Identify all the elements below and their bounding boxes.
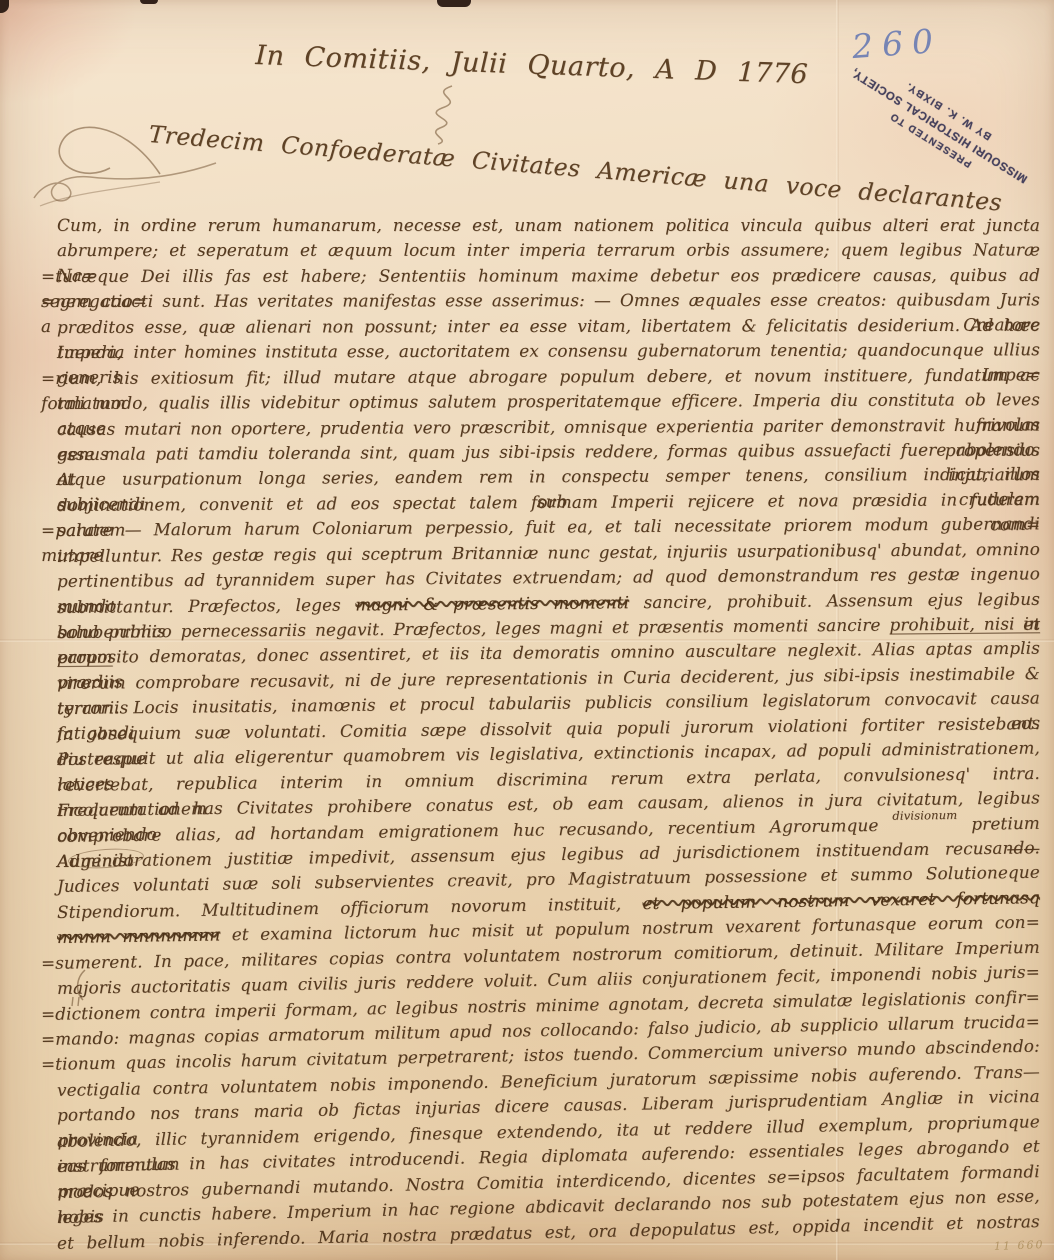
stamp-line: MISSOURI HISTORICAL SOCIETY, <box>836 56 1044 195</box>
torn-edge-chip <box>140 0 158 4</box>
pen-flourish-icon <box>420 84 472 146</box>
manuscript-line: Cum, in ordine rerum humanarum, necesse … <box>57 213 1040 238</box>
torn-edge-chip <box>0 0 9 13</box>
manuscript-line: Imperia inter homines instituta esse, au… <box>57 337 1040 365</box>
manuscript-line: abrumpere; et seperatum et æquum locum i… <box>57 238 1040 264</box>
pen-flourish-icon <box>26 156 221 214</box>
manuscript-line: =turæque Dei illis fas est habere; Sente… <box>41 263 1040 290</box>
manuscript-line: tali modo, qualis illis videbitur optimu… <box>57 387 1040 416</box>
manuscript-line: præditos esse, quæ alienari non possunt;… <box>57 313 1040 341</box>
manuscript-page: 260 PRESENTED TO MISSOURI HISTORICAL SOC… <box>0 0 1054 1260</box>
manuscript-line: =nem coacti sunt. Has veritates manifest… <box>41 288 1040 315</box>
page-title: In Comitiis, Julii Quarto, A D 1776 <box>255 40 809 90</box>
document-subtitle: Tredecim Confoederatæ Civitates Americæ … <box>148 120 1003 217</box>
pencil-annotation: 11 660 <box>993 1238 1044 1253</box>
manuscript-line: =rium, his exitiosum fit; illud mutare a… <box>41 362 1040 391</box>
body-text: Cum, in ordine rerum humanarum, necesse … <box>57 213 1040 1256</box>
torn-edge-chip <box>437 0 471 7</box>
